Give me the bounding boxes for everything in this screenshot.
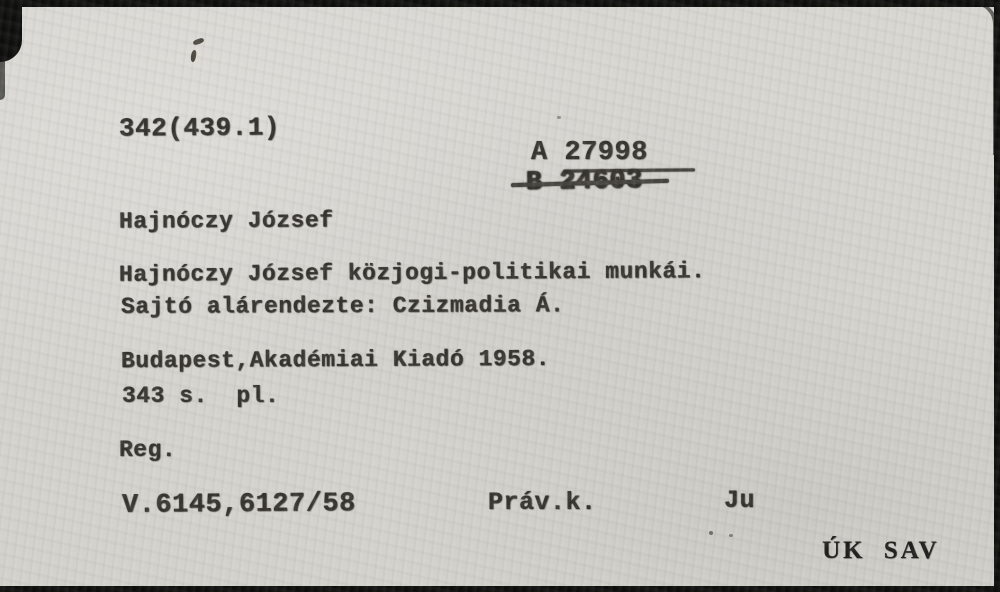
subject-code: Práv.k. xyxy=(488,488,597,517)
ink-speck xyxy=(190,50,197,63)
title-line: Hajnóczy József közjogi-politikai munkái… xyxy=(119,258,706,288)
ink-speck xyxy=(192,37,204,45)
scan-edge-left-upper xyxy=(0,55,5,100)
classification-number: 342(439.1) xyxy=(119,112,280,143)
cataloguer-initials: Ju xyxy=(724,486,755,515)
imprint-line: Budapest,Akadémiai Kiadó 1958. xyxy=(121,346,550,374)
ink-speck xyxy=(709,531,713,535)
card-corner-shadow xyxy=(971,2,997,155)
library-stamp: ÚK SAV xyxy=(822,537,940,565)
catalog-card: 342(439.1) A 27998 B 24603 Hajnóczy Józs… xyxy=(0,0,1000,592)
ink-speck xyxy=(729,534,733,537)
scan-edge-bottom xyxy=(0,586,1000,592)
note-line: Reg. xyxy=(119,437,176,463)
author-heading: Hajnóczy József xyxy=(119,207,334,234)
scan-edge-top xyxy=(0,0,1000,7)
record-numbers: V.6145,6127/58 xyxy=(122,489,356,521)
editor-line: Sajtó alárendezte: Czizmadia Á. xyxy=(121,292,564,320)
scan-corner-top-left xyxy=(0,0,22,62)
accession-number-current: A 27998 xyxy=(531,138,648,168)
ink-speck xyxy=(557,116,561,119)
collation-line: 343 s. pl. xyxy=(122,383,279,409)
